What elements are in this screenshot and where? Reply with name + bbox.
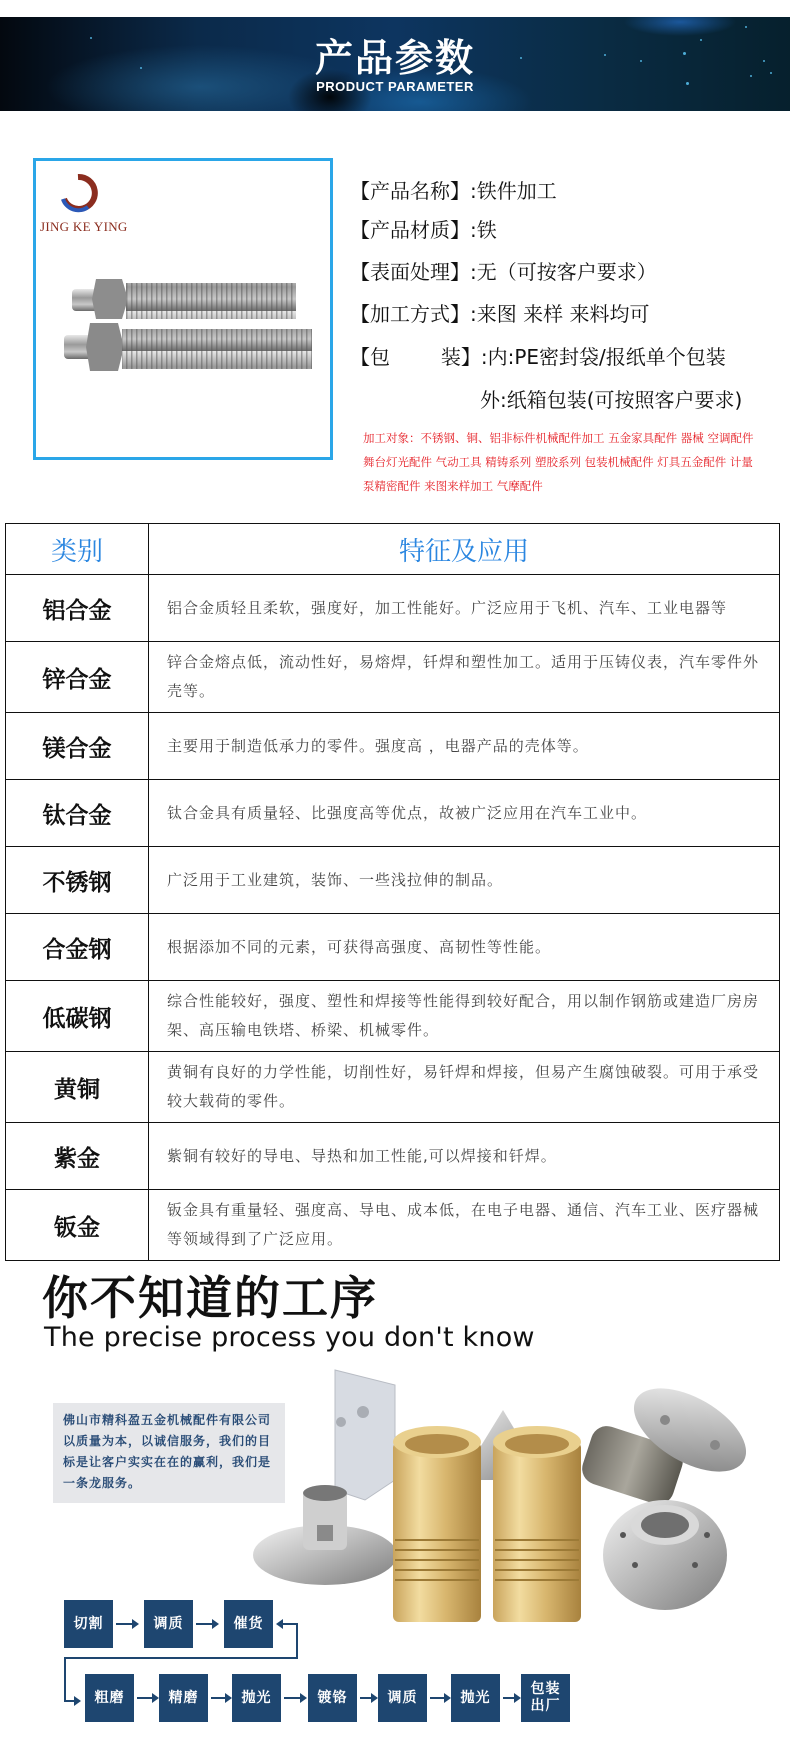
arrow-right-icon xyxy=(196,1623,216,1625)
arrow-right-icon xyxy=(360,1697,375,1699)
process-title: 你不知道的工序 xyxy=(42,1262,378,1328)
flow-step-tempering: 调质 xyxy=(144,1600,193,1648)
arrow-right-icon xyxy=(503,1697,518,1699)
row-category: 合金钢 xyxy=(6,914,149,981)
table-row: 钛合金 钛合金具有质量轻、比强度高等优点，故被广泛应用在汽车工业中。 xyxy=(6,780,780,847)
bolt-product-image xyxy=(56,271,326,391)
flow-step-polishing-2: 抛光 xyxy=(451,1674,500,1722)
row-category: 铝合金 xyxy=(6,575,149,642)
table-row: 镁合金 主要用于制造低承力的零件。强度高 ，电器产品的壳体等。 xyxy=(6,713,780,780)
arrow-right-icon xyxy=(116,1623,136,1625)
table-row: 锌合金 锌合金熔点低，流动性好，易熔焊，钎焊和塑性加工。适用于压铸仪表，汽车零件… xyxy=(6,642,780,713)
logo-text: JING KE YING xyxy=(40,219,128,235)
row-description: 锌合金熔点低，流动性好，易熔焊，钎焊和塑性加工。适用于压铸仪表，汽车零件外壳等。 xyxy=(149,642,780,713)
row-category: 镁合金 xyxy=(6,713,149,780)
flow-step-rough-grinding: 粗磨 xyxy=(85,1674,134,1722)
row-category: 不锈钢 xyxy=(6,847,149,914)
arrow-left-icon xyxy=(276,1619,283,1629)
connector-line xyxy=(64,1657,66,1702)
row-description: 钛合金具有质量轻、比强度高等优点，故被广泛应用在汽车工业中。 xyxy=(149,780,780,847)
row-category: 紫金 xyxy=(6,1123,149,1190)
arrow-right-icon xyxy=(430,1697,448,1699)
product-image-frame: JING KE YING xyxy=(33,158,333,460)
connector-line xyxy=(64,1657,298,1659)
table-row: 铝合金 铝合金质轻且柔软，强度好，加工性能好。广泛应用于飞机、汽车、工业电器等 xyxy=(6,575,780,642)
flow-step-fine-grinding: 精磨 xyxy=(159,1674,208,1722)
arrow-right-icon xyxy=(137,1697,156,1699)
connector-line xyxy=(296,1623,298,1658)
table-row: 不锈钢 广泛用于工业建筑，装饰、一些浅拉伸的制品。 xyxy=(6,847,780,914)
spec-product-name: 【产品名称】:铁件加工 xyxy=(350,175,557,204)
arrow-right-icon xyxy=(284,1697,304,1699)
spec-processing-method: 【加工方式】:来图 来样 来料均可 xyxy=(350,298,649,327)
spec-product-material: 【产品材质】:铁 xyxy=(350,214,497,243)
table-row: 低碳钢 综合性能较好，强度、塑性和焊接等性能得到较好配合，用以制作钢筋或建造厂房… xyxy=(6,981,780,1052)
company-logo-icon xyxy=(58,173,98,213)
spec-packaging-outer: 外:纸箱包装(可按照客户要求) xyxy=(480,384,742,413)
row-category: 钛合金 xyxy=(6,780,149,847)
flow-step-cutting: 切割 xyxy=(64,1600,113,1648)
table-row: 黄铜 黄铜有良好的力学性能，切削性好，易钎焊和焊接，但易产生腐蚀破裂。可用于承受… xyxy=(6,1052,780,1123)
table-header-row: 类别 特征及应用 xyxy=(6,524,780,575)
row-description: 综合性能较好，强度、塑性和焊接等性能得到较好配合，用以制作钢筋或建造厂房房架、高… xyxy=(149,981,780,1052)
table-row: 合金钢 根据添加不同的元素，可获得高强度、高韧性等性能。 xyxy=(6,914,780,981)
flow-step-polishing: 抛光 xyxy=(232,1674,281,1722)
banner-title: 产品参数 xyxy=(0,27,790,82)
row-category: 钣金 xyxy=(6,1190,149,1261)
flow-step-tempering-2: 调质 xyxy=(378,1674,427,1722)
flow-step-package-ship: 包装出厂 xyxy=(521,1674,570,1722)
row-description: 铝合金质轻且柔软，强度好，加工性能好。广泛应用于飞机、汽车、工业电器等 xyxy=(149,575,780,642)
flow-step-chrome-plating: 镀铬 xyxy=(308,1674,357,1722)
row-category: 低碳钢 xyxy=(6,981,149,1052)
spec-packaging: 【包 装】:内:PE密封袋/报纸单个包装 xyxy=(350,341,726,370)
row-description: 钣金具有重量轻、强度高、导电、成本低，在电子电器、通信、汽车工业、医疗器械等领域… xyxy=(149,1190,780,1261)
banner-subtitle: PRODUCT PARAMETER xyxy=(0,79,790,94)
row-category: 黄铜 xyxy=(6,1052,149,1123)
flow-step-expedite: 催货 xyxy=(224,1600,273,1648)
header-category: 类别 xyxy=(6,524,149,575)
arrow-right-icon xyxy=(211,1697,229,1699)
row-description: 黄铜有良好的力学性能，切削性好，易钎焊和焊接，但易产生腐蚀破裂。可用于承受较大载… xyxy=(149,1052,780,1123)
machined-parts-image xyxy=(245,1350,790,1650)
product-parameter-banner: 产品参数 PRODUCT PARAMETER xyxy=(0,17,790,111)
header-features: 特征及应用 xyxy=(149,524,780,575)
company-intro: 佛山市精科盈五金机械配件有限公司以质量为本，以诚信服务，我们的目标是让客户实实在… xyxy=(53,1403,285,1503)
spec-surface-treatment: 【表面处理】:无（可按客户要求） xyxy=(350,256,657,285)
row-category: 锌合金 xyxy=(6,642,149,713)
table-row: 钣金 钣金具有重量轻、强度高、导电、成本低，在电子电器、通信、汽车工业、医疗器械… xyxy=(6,1190,780,1261)
processing-objects-note: 加工对象：不锈钢、铜、铝非标件机械配件加工 五金家具配件 器械 空调配件 舞台灯… xyxy=(363,426,763,498)
row-description: 紫铜有较好的导电、导热和加工性能,可以焊接和钎焊。 xyxy=(149,1123,780,1190)
row-description: 主要用于制造低承力的零件。强度高 ，电器产品的壳体等。 xyxy=(149,713,780,780)
table-row: 紫金 紫铜有较好的导电、导热和加工性能,可以焊接和钎焊。 xyxy=(6,1123,780,1190)
process-subtitle: The precise process you don't know xyxy=(44,1322,535,1353)
material-table: 类别 特征及应用 铝合金 铝合金质轻且柔软，强度好，加工性能好。广泛应用于飞机、… xyxy=(5,523,780,1261)
arrow-right-icon xyxy=(64,1700,78,1702)
row-description: 根据添加不同的元素，可获得高强度、高韧性等性能。 xyxy=(149,914,780,981)
row-description: 广泛用于工业建筑，装饰、一些浅拉伸的制品。 xyxy=(149,847,780,914)
